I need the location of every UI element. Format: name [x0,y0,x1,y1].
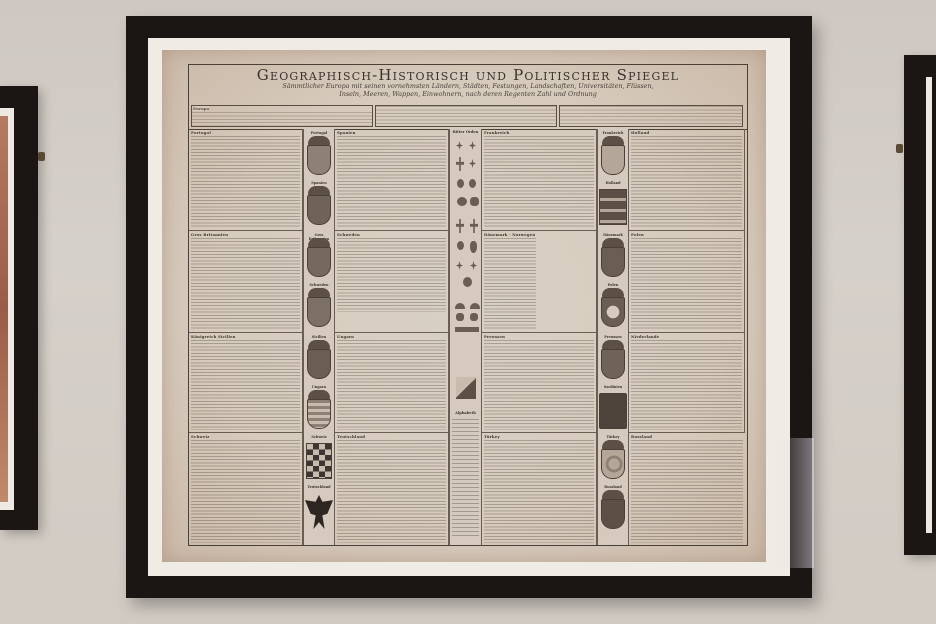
section-tuerkey: Türkey [482,433,597,545]
intro-label: Europa [193,106,209,111]
coat-of-arms-column-left: Portugal Spanien Gros Britannien Schwede… [303,129,335,545]
intro-block-europa: Europa [191,105,373,127]
regalia-row-icon [455,327,479,332]
order-cross-icon [456,141,463,150]
shield-icon [307,297,331,327]
section-spanien: Spanien [335,129,449,231]
shield-icon [307,247,331,277]
shield-icon [599,393,627,429]
frame-mat: Geographisch-Historisch und Politischer … [148,38,790,576]
coat-of-arms-teutschland: Teutschland [307,485,331,541]
title-band: Geographisch-Historisch und Politischer … [189,65,747,130]
order-chain-icon [457,197,467,206]
frame-hook-right [896,144,903,153]
section-schweiz: Schweiz [189,433,303,545]
order-cross-icon [456,219,464,233]
shield-icon [601,297,625,327]
coat-of-arms-preussen: Preussen [601,335,625,381]
arms-group-icon [599,189,627,225]
shield-icon [307,195,331,225]
section-teutschland: Teutschland [335,433,449,545]
shield-icon [307,349,331,379]
order-star-icon [469,159,476,168]
shield-icon [601,349,625,379]
fleur-de-lis-shield-icon [601,145,625,175]
order-star-icon [456,261,463,270]
engraved-chart-paper: Geographisch-Historisch und Politischer … [162,50,766,562]
section-polen: Polen [629,231,745,333]
shield-icon [601,247,625,277]
adjacent-frame-right-mat [926,77,932,533]
chart-border: Geographisch-Historisch und Politischer … [188,64,748,546]
regalia-icon [470,313,478,321]
knight-orders-illustrations [452,137,479,347]
adjacent-frame-left [0,86,38,530]
coat-of-arms-frankreich: Frankreich [601,131,625,177]
coat-of-arms-gros-britannien: Gros Britannien [307,233,331,279]
coat-of-arms-russland: Russland [601,485,625,541]
shield-icon [307,145,331,175]
frame-hook-left [38,152,45,161]
order-cross-icon [456,157,464,171]
coat-of-arms-schweden: Schweden [307,283,331,329]
coat-of-arms-daenemark: Dänemark [601,233,625,279]
double-headed-eagle-icon [305,495,333,529]
coat-of-arms-sardinien: Sardinien [601,385,625,431]
coat-of-arms-holland: Holland [601,181,625,227]
section-portugal: Portugal [189,129,303,231]
shield-icon [307,399,331,429]
center-column: Ritter Orden [449,129,482,545]
crescent-shield-icon [601,449,625,479]
crown-icon [470,303,480,309]
intro-block-middle [375,105,557,127]
order-star-icon [469,141,476,150]
coat-of-arms-column-right: Frankreich Holland Dänemark Polen Preuss… [597,129,629,545]
main-picture-frame: Geographisch-Historisch und Politischer … [126,16,812,598]
section-schweden: Schweden [335,231,449,333]
country-grid: Portugal Spanien Frankreich Holland Gros… [189,129,747,545]
knight-orders-heading: Ritter Orden [450,130,481,134]
coat-of-arms-spanien: Spanien [307,181,331,227]
order-badge-icon [470,241,477,253]
coat-of-arms-sicilien: Sicilien [307,335,331,381]
order-pendant-icon [463,277,472,287]
intro-block-right [559,105,743,127]
order-chain-icon [470,197,479,206]
crown-icon [455,303,465,309]
coat-of-arms-tuerkey: Türkey [601,435,625,481]
alphabet-heading: Alphabeth [450,411,481,415]
coat-of-arms-portugal: Portugal [307,131,331,177]
section-preussen: Preussen [482,333,597,433]
regalia-icon [456,313,464,321]
adjacent-frame-left-artwork [0,116,8,502]
section-sicilien: Königreich Sicilien [189,333,303,433]
order-medal-icon [469,179,476,188]
chart-subtitle: Sämmtlicher Europa mit seinen vornehmste… [249,83,687,98]
section-gros-britannien: Gros Britannien [189,231,303,333]
order-medal-icon [457,241,464,250]
section-holland: Holland [629,129,745,231]
section-frankreich: Frankreich [482,129,597,231]
section-daenemark: Dänemark · Norwegen [482,231,597,333]
shield-icon [601,499,625,529]
glass-reflection [774,438,814,568]
section-ungarn: Ungarn [335,333,449,433]
coat-of-arms-ungarn: Ungarn [307,385,331,431]
order-medal-icon [457,179,464,188]
coat-of-arms-schweiz: Schweiz [307,435,331,481]
emblem-illustration [456,377,476,399]
coat-of-arms-polen: Polen [601,283,625,329]
shield-icon [306,443,332,479]
section-niederlande: Niederlande [629,333,745,433]
section-russland: Russland [629,433,745,545]
order-cross-icon [470,219,478,233]
order-star-icon [470,261,477,270]
adjacent-frame-right [904,55,936,555]
alphabet-list [452,419,479,539]
subtitle-line: Inseln, Meeren, Wappen, Einwohnern, nach… [249,91,687,99]
